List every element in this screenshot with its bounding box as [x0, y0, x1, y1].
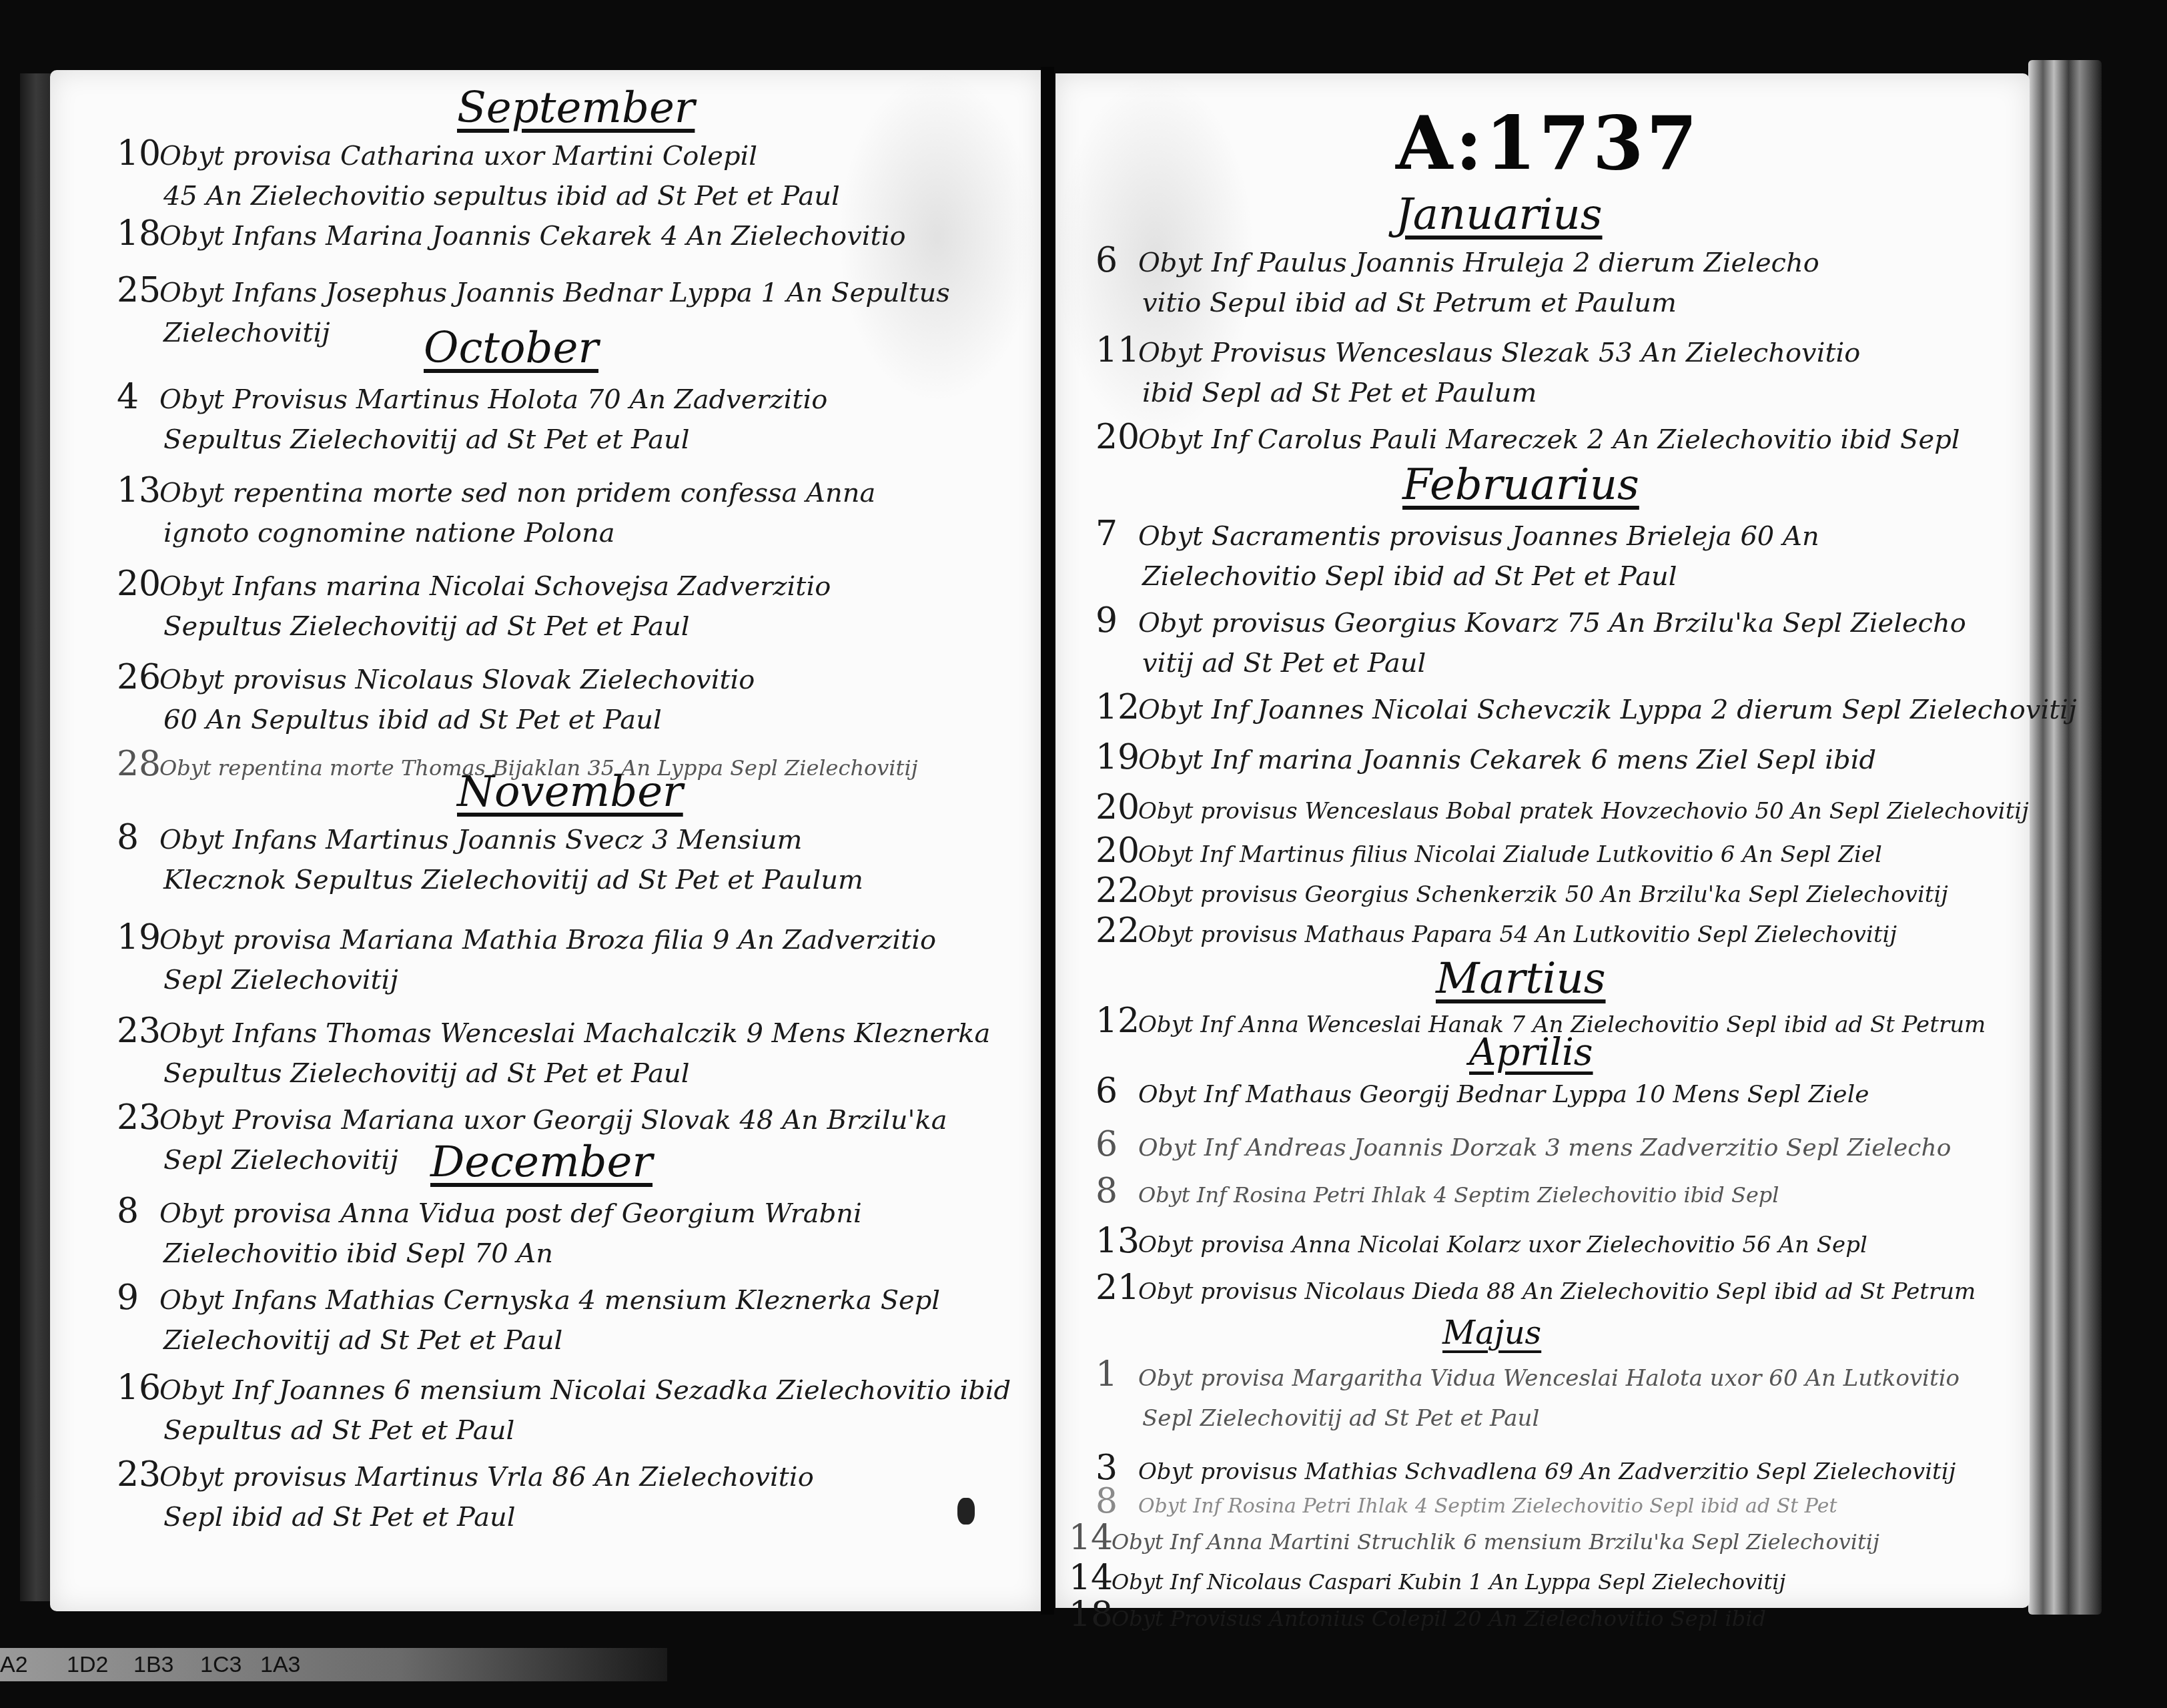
entry-day: 18: [1069, 1595, 1112, 1635]
entry-day: 13: [1096, 1221, 1138, 1261]
burial-entry: 19Obyt provisa Mariana Mathia Broza fili…: [117, 917, 936, 1000]
entry-continuation: Sepl Zielechovitij: [117, 960, 936, 1000]
entry-text: Obyt Inf Nicolaus Caspari Kubin 1 An Lyp…: [1112, 1569, 1785, 1595]
month-heading-aprilis: Aprilis: [1469, 1031, 1593, 1074]
entry-day: 20: [1096, 787, 1138, 827]
entry-day: 23: [117, 1011, 159, 1051]
entry-text: Obyt Infans Thomas Wenceslai Machalczik …: [159, 1018, 990, 1049]
ruler-label: A2: [0, 1652, 28, 1678]
entry-day: 9: [117, 1278, 159, 1318]
entry-day: 6: [1096, 1071, 1138, 1111]
burial-entry: 10Obyt provisa Catharina uxor Martini Co…: [117, 133, 840, 216]
burial-entry: 18Obyt Infans Marina Joannis Cekarek 4 A…: [117, 213, 906, 256]
burial-entry: 22Obyt provisus Georgius Schenkerzik 50 …: [1096, 871, 1948, 915]
entry-text: Obyt provisus Nicolaus Slovak Zielechovi…: [159, 665, 755, 695]
burial-entry: 6Obyt Inf Paulus Joannis Hruleja 2 dieru…: [1096, 240, 1819, 323]
entry-continuation: Sepl ibid ad St Pet et Paul: [117, 1497, 814, 1537]
entry-text: Obyt Inf Mathaus Georgij Bednar Lyppa 10…: [1138, 1081, 1869, 1108]
entry-continuation: Sepl Zielechovitij ad St Pet et Paul: [1096, 1398, 1960, 1438]
entry-continuation: 60 An Sepultus ibid ad St Pet et Paul: [117, 700, 755, 740]
entry-text: Obyt provisa Anna Vidua post def Georgiu…: [159, 1198, 862, 1229]
entry-text: Obyt Infans Martinus Joannis Svecz 3 Men…: [159, 825, 803, 855]
month-heading-majus: Majus: [1442, 1314, 1541, 1352]
burial-entry: 4Obyt Provisus Martinus Holota 70 An Zad…: [117, 377, 827, 460]
entry-day: 14: [1069, 1558, 1112, 1598]
entry-continuation: Zielechovitio ibid Sepl 70 An: [117, 1234, 862, 1274]
entry-text: Obyt provisus Georgius Schenkerzik 50 An…: [1138, 881, 1948, 908]
entry-continuation: 45 An Zielechovitio sepultus ibid ad St …: [117, 176, 840, 216]
entry-day: 8: [1096, 1171, 1138, 1211]
entry-day: 10: [117, 133, 159, 173]
entry-text: Obyt Inf Anna Martini Struchlik 6 mensiu…: [1112, 1529, 1879, 1555]
entry-text: Obyt provisa Anna Nicolai Kolarz uxor Zi…: [1138, 1232, 1867, 1258]
month-heading-october: October: [424, 324, 598, 373]
register-year: A:1737: [1396, 100, 1700, 186]
ruler-label: 1D2: [67, 1652, 108, 1678]
entry-text: Obyt provisa Mariana Mathia Broza filia …: [159, 925, 936, 955]
entry-continuation: ignoto cognomine natione Polona: [117, 513, 875, 553]
burial-entry: 23Obyt provisus Martinus Vrla 86 An Ziel…: [117, 1454, 814, 1537]
entry-day: 18: [117, 213, 159, 254]
entry-text: Obyt Infans Mathias Cernyska 4 mensium K…: [159, 1285, 940, 1316]
entry-text: Obyt Inf marina Joannis Cekarek 6 mens Z…: [1138, 745, 1876, 775]
ink-blot: [957, 1498, 975, 1525]
book-cover-right-edge: [2028, 60, 2102, 1615]
entry-continuation: Zielechovitio Sepl ibid ad St Pet et Pau…: [1096, 556, 1819, 596]
burial-entry: 13Obyt repentina morte sed non pridem co…: [117, 470, 875, 553]
entry-day: 20: [117, 564, 159, 604]
entry-text: Obyt provisus Nicolaus Dieda 88 An Ziele…: [1138, 1278, 1976, 1305]
ruler-label: 1C3: [200, 1652, 242, 1678]
left-page: September 10Obyt provisa Catharina uxor …: [50, 70, 1043, 1611]
entry-text: Obyt provisus Georgius Kovarz 75 An Brzi…: [1138, 608, 1966, 638]
entry-text: Obyt Provisus Wenceslaus Slezak 53 An Zi…: [1138, 338, 1860, 368]
entry-text: Obyt Inf Martinus filius Nicolai Zialude…: [1138, 841, 1882, 868]
entry-day: 6: [1096, 1124, 1138, 1164]
entry-continuation: Klecznok Sepultus Zielechovitij ad St Pe…: [117, 860, 863, 900]
book-spine: [1041, 67, 1054, 1615]
entry-day: 21: [1096, 1268, 1138, 1308]
entry-text: Obyt Inf Joannes Nicolai Schevczik Lyppa…: [1138, 695, 2077, 725]
entry-day: 23: [117, 1098, 159, 1138]
ruler-label: 1A3: [260, 1652, 301, 1678]
burial-entry: 20Obyt Inf Carolus Pauli Mareczek 2 An Z…: [1096, 417, 1960, 460]
burial-entry: 19Obyt Inf marina Joannis Cekarek 6 mens…: [1096, 737, 1876, 780]
entry-day: 8: [1096, 1481, 1138, 1521]
entry-day: 26: [117, 657, 159, 697]
entry-day: 8: [117, 817, 159, 857]
entry-text: Obyt Inf Carolus Pauli Mareczek 2 An Zie…: [1138, 424, 1960, 455]
burial-entry: 26Obyt provisus Nicolaus Slovak Zielecho…: [117, 657, 755, 740]
entry-day: 28: [117, 744, 159, 784]
entry-continuation: Sepultus Zielechovitij ad St Pet et Paul: [117, 1053, 990, 1094]
entry-text: Obyt Sacramentis provisus Joannes Briele…: [1138, 521, 1819, 552]
entry-text: Obyt Infans Marina Joannis Cekarek 4 An …: [159, 221, 906, 252]
burial-entry: 22Obyt provisus Mathaus Papara 54 An Lut…: [1096, 911, 1897, 955]
entry-day: 22: [1096, 871, 1138, 911]
entry-text: Obyt Infans Josephus Joannis Bednar Lypp…: [159, 278, 950, 308]
entry-day: 11: [1096, 330, 1138, 370]
month-heading-januarius: Januarius: [1396, 190, 1603, 240]
entry-day: 20: [1096, 417, 1138, 457]
entry-text: Obyt provisus Martinus Vrla 86 An Zielec…: [159, 1462, 814, 1492]
entry-day: 16: [117, 1368, 159, 1408]
burial-entry: 9Obyt Infans Mathias Cernyska 4 mensium …: [117, 1278, 940, 1360]
entry-continuation: Sepultus Zielechovitij ad St Pet et Paul: [117, 420, 827, 460]
burial-entry: 13Obyt provisa Anna Nicolai Kolarz uxor …: [1096, 1221, 1867, 1265]
burial-entry: 14Obyt Inf Anna Martini Struchlik 6 mens…: [1069, 1518, 1879, 1562]
entry-day: 12: [1096, 687, 1138, 727]
entry-continuation: Sepultus ad St Pet et Paul: [117, 1410, 1011, 1450]
burial-entry: 8Obyt provisa Anna Vidua post def Georgi…: [117, 1191, 862, 1274]
month-heading-februarius: Februarius: [1402, 460, 1639, 510]
burial-entry: 21Obyt provisus Nicolaus Dieda 88 An Zie…: [1096, 1268, 1976, 1312]
entry-day: 13: [117, 470, 159, 510]
entry-text: Obyt provisa Margaritha Vidua Wenceslai …: [1138, 1365, 1960, 1392]
entry-day: 19: [117, 917, 159, 957]
month-heading-september: September: [457, 83, 695, 133]
entry-continuation: Zielechovitij ad St Pet et Paul: [117, 1320, 940, 1360]
burial-entry: 11Obyt Provisus Wenceslaus Slezak 53 An …: [1096, 330, 1860, 413]
month-heading-martius: Martius: [1436, 954, 1606, 1003]
entry-day: 23: [117, 1454, 159, 1494]
entry-day: 19: [1096, 737, 1138, 777]
entry-text: Obyt provisus Mathaus Papara 54 An Lutko…: [1138, 921, 1897, 948]
entry-continuation: vitio Sepul ibid ad St Petrum et Paulum: [1096, 283, 1819, 323]
entry-day: 1: [1096, 1354, 1138, 1394]
entry-day: 25: [117, 270, 159, 310]
burial-entry: 12Obyt Inf Joannes Nicolai Schevczik Lyp…: [1096, 687, 2077, 730]
ruler-label: 1B3: [133, 1652, 174, 1678]
burial-entry: 1Obyt provisa Margaritha Vidua Wenceslai…: [1096, 1354, 1960, 1438]
entry-continuation: Sepultus Zielechovitij ad St Pet et Paul: [117, 606, 831, 647]
calibration-ruler-strip: A2 1D2 1B3 1C3 1A3: [0, 1648, 667, 1681]
entry-text: Obyt Inf Joannes 6 mensium Nicolai Sezad…: [159, 1375, 1011, 1406]
entry-day: 8: [117, 1191, 159, 1231]
entry-day: 4: [117, 377, 159, 417]
entry-day: 14: [1069, 1518, 1112, 1558]
burial-entry: 8Obyt Inf Rosina Petri Ihlak 4 Septim Zi…: [1096, 1171, 1779, 1215]
entry-text: Obyt Inf Rosina Petri Ihlak 4 Septim Zie…: [1138, 1494, 1837, 1518]
entry-day: 12: [1096, 1001, 1138, 1041]
entry-day: 6: [1096, 240, 1138, 280]
entry-text: Obyt Inf Paulus Joannis Hruleja 2 dierum…: [1138, 248, 1819, 278]
entry-day: 9: [1096, 600, 1138, 640]
entry-day: 7: [1096, 514, 1138, 554]
burial-entry: 20Obyt Infans marina Nicolai Schovejsa Z…: [117, 564, 831, 647]
burial-entry: 8Obyt Infans Martinus Joannis Svecz 3 Me…: [117, 817, 863, 900]
entry-text: Obyt provisus Wenceslaus Bobal pratek Ho…: [1138, 798, 2029, 825]
burial-entry: 7Obyt Sacramentis provisus Joannes Briel…: [1096, 514, 1819, 596]
entry-text: Obyt Infans marina Nicolai Schovejsa Zad…: [159, 571, 831, 602]
entry-text: Obyt Provisa Mariana uxor Georgij Slovak…: [159, 1105, 947, 1136]
entry-text: Obyt Inf Andreas Joannis Dorzak 3 mens Z…: [1138, 1134, 1951, 1162]
burial-entry: 6Obyt Inf Mathaus Georgij Bednar Lyppa 1…: [1096, 1071, 1869, 1115]
burial-entry: 16Obyt Inf Joannes 6 mensium Nicolai Sez…: [117, 1368, 1011, 1450]
right-page: A:1737 Januarius 6Obyt Inf Paulus Joanni…: [1055, 73, 2030, 1608]
entry-continuation: vitij ad St Pet et Paul: [1096, 643, 1966, 683]
burial-entry: 23Obyt Infans Thomas Wenceslai Machalczi…: [117, 1011, 990, 1094]
open-register-book: September 10Obyt provisa Catharina uxor …: [0, 0, 2167, 1708]
month-heading-november: November: [457, 767, 683, 817]
burial-entry: 6Obyt Inf Andreas Joannis Dorzak 3 mens …: [1096, 1124, 1951, 1168]
entry-text: Obyt provisa Catharina uxor Martini Cole…: [159, 141, 757, 171]
burial-entry: 20Obyt provisus Wenceslaus Bobal pratek …: [1096, 787, 2029, 831]
entry-text: Obyt Provisus Antonius Colepil 20 An Zie…: [1112, 1606, 1766, 1631]
entry-day: 22: [1096, 911, 1138, 951]
entry-text: Obyt Provisus Martinus Holota 70 An Zadv…: [159, 384, 827, 415]
entry-text: Obyt Inf Rosina Petri Ihlak 4 Septim Zie…: [1138, 1182, 1779, 1208]
burial-entry: 20Obyt Inf Martinus filius Nicolai Zialu…: [1096, 831, 1882, 875]
entry-continuation: ibid Sepl ad St Pet et Paulum: [1096, 373, 1860, 413]
burial-entry: 9Obyt provisus Georgius Kovarz 75 An Brz…: [1096, 600, 1966, 683]
burial-entry: 18Obyt Provisus Antonius Colepil 20 An Z…: [1069, 1595, 1766, 1639]
month-heading-december: December: [430, 1138, 653, 1187]
entry-text: Obyt repentina morte sed non pridem conf…: [159, 478, 875, 508]
entry-day: 20: [1096, 831, 1138, 871]
